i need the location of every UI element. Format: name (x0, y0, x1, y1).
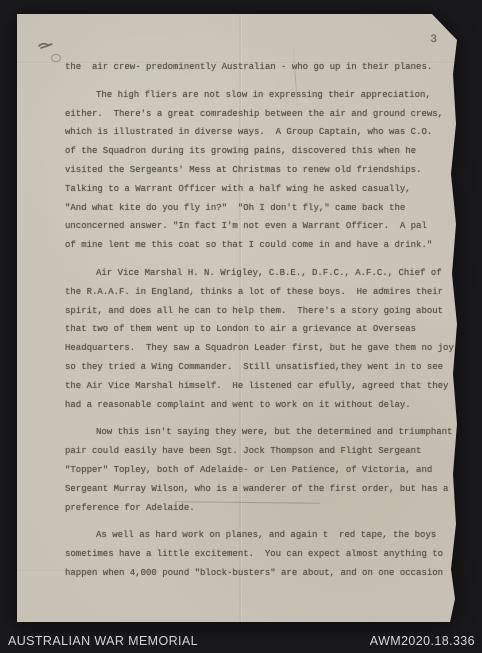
typed-line: of mine lent me this coat so that I coul… (65, 236, 457, 255)
typed-line: had a reasonable complaint and went to w… (65, 396, 457, 415)
typed-line: Air Vice Marshal H. N. Wrigley, C.B.E., … (65, 264, 457, 283)
typed-line: Talking to a Warrant Officer with a half… (65, 180, 457, 199)
typed-line: the air crew- predominently Australian -… (65, 58, 457, 77)
typed-text-body: the air crew- predominently Australian -… (65, 58, 457, 592)
paragraph: The high fliers are not slow in expressi… (65, 86, 457, 255)
typed-line: spirit, and does all he can to help them… (65, 302, 457, 321)
catalog-number-label: AWM2020.18.336 (370, 634, 475, 648)
typed-line: either. There's a great comradeship betw… (65, 105, 457, 124)
paragraph: Now this isn't saying they were, but the… (65, 423, 457, 517)
typed-line: that two of them went up to London to ai… (65, 320, 457, 339)
typed-line: "And what kite do you fly in?" "Oh I don… (65, 199, 457, 218)
typed-line: The high fliers are not slow in expressi… (65, 86, 457, 105)
institution-label: AUSTRALIAN WAR MEMORIAL (8, 634, 198, 648)
typed-line: pair could easily have been Sgt. Jock Th… (65, 442, 457, 461)
scanned-page: 3 the air crew- predominently Australian… (17, 14, 457, 622)
typed-line: the Air Vice Marshal himself. He listene… (65, 377, 457, 396)
typed-line: Sergeant Murray Wilson, who is a wandere… (65, 480, 457, 499)
typed-line: As well as hard work on planes, and agai… (65, 526, 457, 545)
page-number: 3 (430, 34, 437, 46)
typed-line: unconcerned answer. "In fact I'm not eve… (65, 217, 457, 236)
typed-line: so they tried a Wing Commander. Still un… (65, 358, 457, 377)
typed-line: happen when 4,000 pound "block-busters" … (65, 564, 457, 583)
paragraph: As well as hard work on planes, and agai… (65, 526, 457, 582)
typed-line: Now this isn't saying they were, but the… (65, 423, 457, 442)
paragraph: the air crew- predominently Australian -… (65, 58, 457, 77)
typed-line: which is illustrated in diverse ways. A … (65, 123, 457, 142)
typed-line: preference for Adelaide. (65, 499, 457, 518)
typed-line: sometimes have a little excitement. You … (65, 545, 457, 564)
typed-line: Headquarters. They saw a Squadron Leader… (65, 339, 457, 358)
typed-line: the R.A.A.F. in England, thinks a lot of… (65, 283, 457, 302)
typed-line: "Topper" Topley, both of Adelaide- or Le… (65, 461, 457, 480)
typed-line: of the Squadron during its growing pains… (65, 142, 457, 161)
paragraph: Air Vice Marshal H. N. Wrigley, C.B.E., … (65, 264, 457, 414)
paper-sheet: 3 the air crew- predominently Australian… (17, 14, 457, 622)
archive-scan-viewer: { "document": { "page_number": "3", "par… (0, 0, 482, 653)
typed-line: visited the Sergeants' Mess at Christmas… (65, 161, 457, 180)
